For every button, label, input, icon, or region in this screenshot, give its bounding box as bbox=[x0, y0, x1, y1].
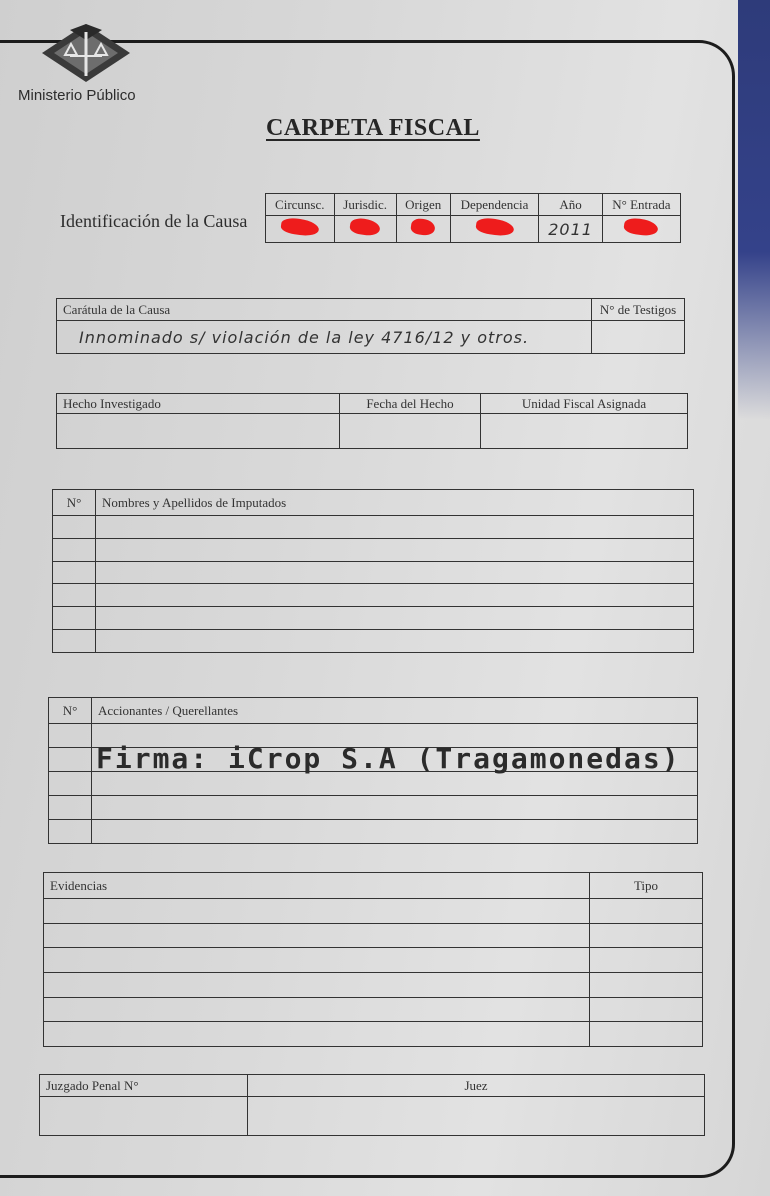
evidencias-header: Evidencias bbox=[44, 873, 590, 899]
hecho-investigado-label: Hecho Investigado bbox=[57, 394, 340, 414]
nro-entrada-value bbox=[602, 216, 680, 243]
col-circunsc: Circunsc. bbox=[266, 194, 335, 216]
tipo-header: Tipo bbox=[590, 873, 703, 899]
juez-label: Juez bbox=[248, 1075, 705, 1097]
accionante-handwritten-entry: Firma: iCrop S.A (Tragamonedas) bbox=[96, 742, 681, 775]
caratula-label: Carátula de la Causa bbox=[57, 299, 592, 321]
imputados-name-header: Nombres y Apellidos de Imputados bbox=[96, 490, 694, 516]
table-row bbox=[44, 923, 703, 948]
caratula-value: Innominado s/ violación de la ley 4716/1… bbox=[57, 321, 592, 354]
table-row bbox=[53, 630, 694, 653]
dependencia-value bbox=[450, 216, 539, 243]
col-jurisdic: Jurisdic. bbox=[334, 194, 396, 216]
redaction-mark bbox=[349, 217, 381, 237]
table-row bbox=[53, 516, 694, 539]
jurisdic-value bbox=[334, 216, 396, 243]
fecha-hecho-label: Fecha del Hecho bbox=[340, 394, 481, 414]
table-row bbox=[44, 899, 703, 924]
col-dependencia: Dependencia bbox=[450, 194, 539, 216]
caratula-table: Carátula de la Causa N° de Testigos Inno… bbox=[56, 298, 685, 354]
redaction-mark bbox=[410, 217, 436, 236]
table-row bbox=[44, 948, 703, 973]
organization-name: Ministerio Público bbox=[18, 87, 136, 104]
accionantes-name-header: Accionantes / Querellantes bbox=[92, 698, 698, 724]
testigos-label: N° de Testigos bbox=[592, 299, 685, 321]
identificacion-table: Circunsc. Jurisdic. Origen Dependencia A… bbox=[265, 193, 681, 243]
imputados-table: N° Nombres y Apellidos de Imputados bbox=[52, 489, 694, 653]
juzgado-penal-label: Juzgado Penal N° bbox=[40, 1075, 248, 1097]
evidencias-table: Evidencias Tipo bbox=[43, 872, 703, 1047]
unidad-fiscal-value bbox=[481, 414, 688, 449]
juzgado-penal-value bbox=[40, 1097, 248, 1136]
redaction-mark bbox=[623, 217, 659, 238]
hecho-investigado-value bbox=[57, 414, 340, 449]
accionantes-nro-header: N° bbox=[49, 698, 92, 724]
circunsc-value bbox=[266, 216, 335, 243]
col-origen: Origen bbox=[396, 194, 450, 216]
col-nro-entrada: N° Entrada bbox=[602, 194, 680, 216]
unidad-fiscal-label: Unidad Fiscal Asignada bbox=[481, 394, 688, 414]
table-row bbox=[44, 1022, 703, 1047]
juez-value bbox=[248, 1097, 705, 1136]
anio-value: 2011 bbox=[539, 216, 602, 243]
binder-edge bbox=[738, 0, 770, 420]
table-row bbox=[53, 538, 694, 561]
col-anio: Año bbox=[539, 194, 602, 216]
identificacion-label: Identificación de la Causa bbox=[60, 211, 247, 232]
redaction-mark bbox=[475, 216, 515, 237]
juzgado-table: Juzgado Penal N° Juez bbox=[39, 1074, 705, 1136]
fecha-hecho-value bbox=[340, 414, 481, 449]
testigos-value bbox=[592, 321, 685, 354]
hecho-table: Hecho Investigado Fecha del Hecho Unidad… bbox=[56, 393, 688, 449]
redaction-mark bbox=[280, 216, 320, 237]
imputados-nro-header: N° bbox=[53, 490, 96, 516]
table-row bbox=[53, 561, 694, 584]
table-row bbox=[49, 796, 698, 820]
table-row bbox=[53, 607, 694, 630]
table-row bbox=[44, 997, 703, 1022]
table-row bbox=[44, 972, 703, 997]
table-row bbox=[49, 820, 698, 844]
table-row bbox=[49, 772, 698, 796]
table-row bbox=[53, 584, 694, 607]
scales-of-justice-logo-icon bbox=[40, 22, 132, 84]
document-title: CARPETA FISCAL bbox=[266, 115, 480, 142]
origen-value bbox=[396, 216, 450, 243]
